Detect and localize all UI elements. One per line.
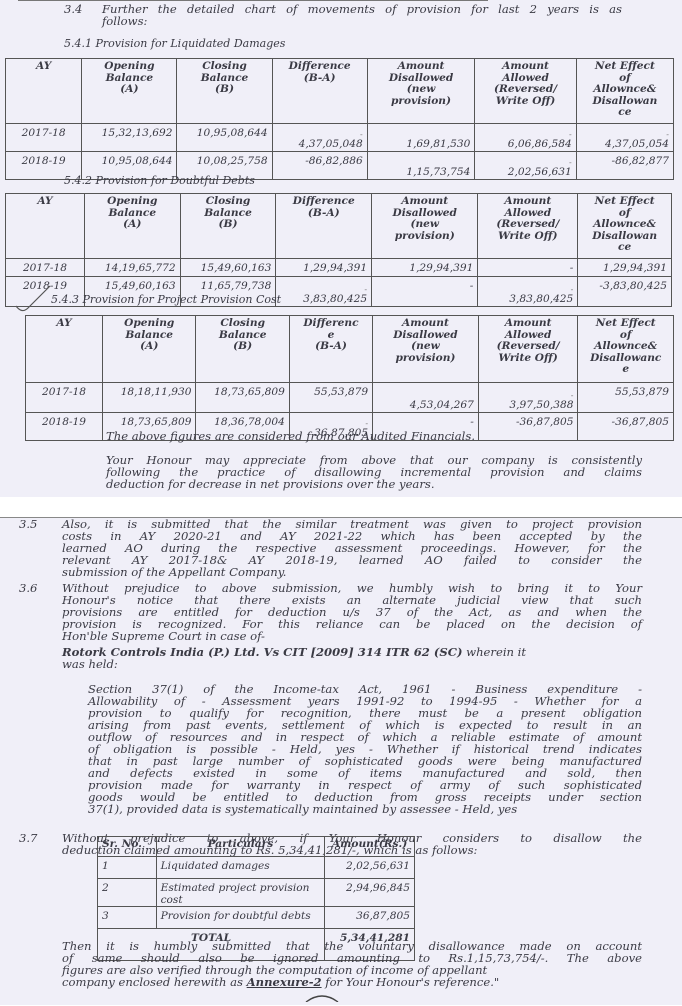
- cell-opening: 18,18,11,930: [103, 383, 196, 413]
- cell-closing: 10,95,08,644: [177, 124, 272, 152]
- col-particulars: Particulars: [156, 837, 325, 857]
- column-header: Net EffectofAllownce&Disallowance: [578, 316, 674, 383]
- cell-net: 1,29,94,391: [578, 259, 672, 277]
- summary-header-row: Sr. No.ParticularsAmount(Rs.): [98, 837, 415, 857]
- cell-opening: 14,19,65,772: [84, 259, 180, 277]
- table-project-provision: AYOpeningBalance(A)ClosingBalance(B)Diff…: [25, 315, 674, 441]
- cell-disallowed: -: [372, 277, 478, 307]
- cell-difference: -3,83,80,425: [276, 277, 372, 307]
- cell-disallowed: 1,15,73,754: [367, 152, 475, 180]
- column-header: OpeningBalance(A): [82, 59, 177, 124]
- col-amount: Amount(Rs.): [325, 837, 415, 857]
- cell-ay: 2018-19: [26, 413, 103, 441]
- table-liquidated-damages: AYOpeningBalance(A)ClosingBalance(B)Diff…: [5, 58, 674, 180]
- summary-row: 2Estimated project provision cost2,94,96…: [98, 879, 415, 907]
- cell-closing: 18,73,65,809: [196, 383, 289, 413]
- cell-opening: 15,32,13,692: [82, 124, 177, 152]
- column-header: OpeningBalance(A): [103, 316, 196, 383]
- cell-disallowed: 1,29,94,391: [372, 259, 478, 277]
- column-header: AY: [6, 194, 85, 259]
- section-title-liquidated-damages: 5.4.1 Provision for Liquidated Damages: [64, 38, 285, 50]
- column-header: Net EffectofAllownce&Disallowance: [578, 194, 672, 259]
- seal-stamp-icon: [304, 992, 340, 1002]
- cell-ay: 2017-18: [26, 383, 103, 413]
- column-header: AmountDisallowed(newprovision): [367, 59, 475, 124]
- column-header: ClosingBalance(B): [196, 316, 289, 383]
- cell-ay: 2017-18: [6, 259, 85, 277]
- cell-difference: 55,53,879: [289, 383, 372, 413]
- cell-disallowed: 1,69,81,530: [367, 124, 475, 152]
- case-suffix: wherein it: [462, 645, 526, 659]
- summary-row: 1Liquidated damages2,02,56,631: [98, 857, 415, 879]
- summary-row: 3Provision for doubtful debts36,87,805: [98, 907, 415, 929]
- cell-amount: 36,87,805: [325, 907, 415, 929]
- column-header: AmountAllowed(Reversed/Write Off): [478, 194, 578, 259]
- cell-allowed: -2,02,56,631: [475, 152, 576, 180]
- cell-sr-no: 2: [98, 879, 157, 907]
- text-line: 37(1), provided data is systematically m…: [88, 803, 642, 815]
- cell-allowed: -3,97,50,388: [478, 383, 578, 413]
- para-3-4-line1: Further the detailed chart of movements …: [102, 3, 622, 15]
- column-header: AmountDisallowed(newprovision): [373, 316, 479, 383]
- column-header: AmountAllowed(Reversed/Write Off): [478, 316, 578, 383]
- column-header: OpeningBalance(A): [84, 194, 180, 259]
- cell-allowed: -: [478, 259, 578, 277]
- cell-net: -4,37,05,054: [576, 124, 673, 152]
- table-row: 2017-1814,19,65,77215,49,60,1631,29,94,3…: [6, 259, 672, 277]
- cell-net: -3,83,80,425: [578, 277, 672, 307]
- section-title-doubtful-debts: 5.4.2 Provision for Doubtful Debts: [64, 175, 255, 187]
- annexure-reference: Annexure-2: [247, 975, 322, 989]
- column-header: Difference(B-A): [272, 59, 367, 124]
- note-audited: The above figures are considered from ou…: [106, 430, 475, 442]
- case-citation-line: Rotork Controls India (P.) Ltd. Vs CIT […: [62, 646, 642, 658]
- cell-ay: 2017-18: [6, 124, 82, 152]
- para-3-4-line2: follows:: [102, 15, 147, 27]
- cell-amount: 2,02,56,631: [325, 857, 415, 879]
- cell-difference: -86,82,886: [272, 152, 367, 180]
- text-line: submission of the Appellant Company.: [62, 566, 642, 578]
- handwritten-tick-icon: [14, 284, 54, 314]
- cell-amount: 2,94,96,845: [325, 879, 415, 907]
- column-header: AmountAllowed(Reversed/Write Off): [475, 59, 576, 124]
- scan-page-bottom: 3.5 Also, it is submitted that the simil…: [0, 517, 682, 1005]
- column-header: ClosingBalance(B): [177, 59, 272, 124]
- cell-particular: Liquidated damages: [156, 857, 325, 879]
- column-header: Difference(B-A): [289, 316, 372, 383]
- closing-last-line: company enclosed herewith as Annexure-2 …: [62, 976, 499, 988]
- column-header: Net EffectofAllownce&Disallowance: [576, 59, 673, 124]
- column-header: AY: [26, 316, 103, 383]
- cell-net: 55,53,879: [578, 383, 674, 413]
- closing-last-prefix: company enclosed herewith as: [62, 975, 247, 989]
- case-citation: Rotork Controls India (P.) Ltd. Vs CIT […: [62, 645, 462, 659]
- para-3-6-number: 3.6: [19, 582, 37, 594]
- table-header-row: AYOpeningBalance(A)ClosingBalance(B)Diff…: [6, 59, 674, 124]
- note-consistent-line3: deduction for decrease in net provisions…: [106, 478, 435, 490]
- cell-difference: 1,29,94,391: [276, 259, 372, 277]
- cell-net: -36,87,805: [578, 413, 674, 441]
- col-sr-no: Sr. No.: [98, 837, 157, 857]
- cell-disallowed: 4,53,04,267: [373, 383, 479, 413]
- cell-net: -86,82,877: [576, 152, 673, 180]
- para-3-7-number: 3.7: [19, 832, 37, 844]
- table-row: 2017-1815,32,13,69210,95,08,644-4,37,05,…: [6, 124, 674, 152]
- para-3-4-number: 3.4: [64, 3, 82, 15]
- column-header: Difference(B-A): [276, 194, 372, 259]
- case-held-intro: was held:: [62, 658, 118, 670]
- column-header: ClosingBalance(B): [180, 194, 276, 259]
- table-row: 2017-1818,18,11,93018,73,65,80955,53,879…: [26, 383, 674, 413]
- column-header: AY: [6, 59, 82, 124]
- text-line: Hon'ble Supreme Court in case of-: [62, 630, 642, 642]
- closing-last-suffix: for Your Honour's reference.": [322, 975, 500, 989]
- cell-particular: Estimated project provision cost: [156, 879, 325, 907]
- cell-particular: Provision for doubtful debts: [156, 907, 325, 929]
- cell-sr-no: 3: [98, 907, 157, 929]
- column-header: AmountDisallowed(newprovision): [372, 194, 478, 259]
- cell-difference: -4,37,05,048: [272, 124, 367, 152]
- table-header-row: AYOpeningBalance(A)ClosingBalance(B)Diff…: [26, 316, 674, 383]
- cell-allowed: -36,87,805: [478, 413, 578, 441]
- scan-page-top: 3.4 Further the detailed chart of moveme…: [0, 0, 682, 497]
- cell-sr-no: 1: [98, 857, 157, 879]
- para-3-5-number: 3.5: [19, 518, 37, 530]
- table-header-row: AYOpeningBalance(A)ClosingBalance(B)Diff…: [6, 194, 672, 259]
- cell-allowed: -6,06,86,584: [475, 124, 576, 152]
- cell-allowed: -3,83,80,425: [478, 277, 578, 307]
- section-title-project-provision: 5.4.3 Provision for Project Provision Co…: [51, 294, 281, 306]
- table-doubtful-debts: AYOpeningBalance(A)ClosingBalance(B)Diff…: [5, 193, 672, 307]
- cell-closing: 15,49,60,163: [180, 259, 276, 277]
